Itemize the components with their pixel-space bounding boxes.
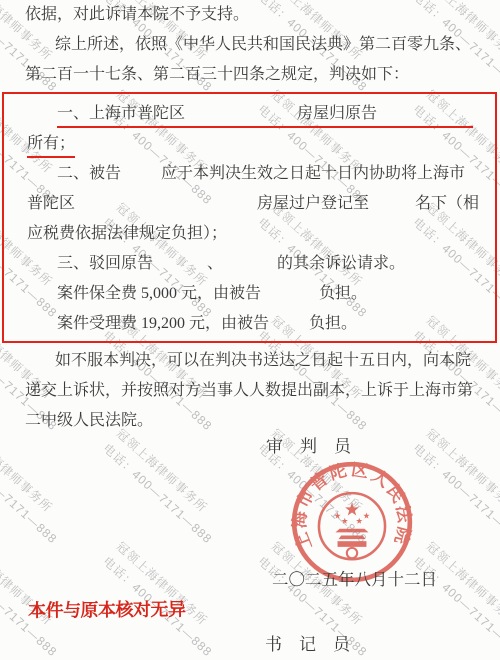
watermark-tile: 冠领上海律师事务所电话：400—7171—888 <box>408 424 500 549</box>
redacted-gap <box>369 207 415 208</box>
judgment-item-3-text: 、 <box>207 255 223 272</box>
redacted-gap <box>269 327 309 328</box>
redacted-gap <box>261 297 319 298</box>
text-line: 第二百一十七条、第二百三十四条之规定，判决如下： <box>25 60 497 90</box>
judgment-item-2-text: 房屋过户登记至 <box>257 195 369 212</box>
watermark-tile: 冠领上海律师事务所电话：400—7171—888 <box>98 424 230 549</box>
clerk-signature-label: 书 记 员 <box>265 630 350 655</box>
fee-text: 案件保全费 5,000 元，由被告 <box>57 285 261 302</box>
text-line: 综上所述，依照《中华人民共和国民法典》第二百零九条、 <box>25 30 497 60</box>
fee-preservation-line: 案件保全费 5,000 元，由被告负担。 <box>27 279 491 309</box>
judgment-item-3-text: 三、驳回原告 <box>57 255 153 272</box>
judgment-item-2-text: 应于本判决生效之日起十日内协助将上海市 <box>161 165 465 182</box>
judge-signature-label: 审 判 员 <box>266 432 351 457</box>
judgment-document-page: 冠领上海律师事务所电话：400—7171—888冠领上海律师事务所电话：400—… <box>0 0 500 660</box>
judgment-item-1-text: 一、上海市普陀区 <box>57 105 185 122</box>
judgment-item-1: 一、上海市普陀区房屋归原告 <box>27 99 491 129</box>
appeal-line: 如不服本判决，可以在判决书送达之日起十五日内，向本院 <box>25 346 497 376</box>
judgment-item-2-text: 二、被告 <box>57 165 121 182</box>
judgment-date: 二〇二五年八月十二日 <box>272 566 437 590</box>
redacted-gap <box>153 267 207 268</box>
appeal-line: 递交上诉状，并按照对方当事人人数提出副本，上诉于上海市第 <box>25 376 497 406</box>
fee-text: 负担。 <box>319 285 367 302</box>
judgment-item-2-text: 普陀区 <box>27 195 75 212</box>
judgment-item-1-text: 所有； <box>27 135 75 158</box>
national-emblem-icon <box>319 493 385 559</box>
judgment-item-1-text: 房屋归原告 <box>297 105 377 122</box>
redacted-gap <box>377 117 473 118</box>
watermark-tile: 冠领上海律师事务所电话：400—7171—888 <box>0 424 75 549</box>
watermark-tile: 冠领上海律师事务所电话：400—7171—888 <box>408 537 500 660</box>
judgment-item-2: 二、被告应于本判决生效之日起十日内协助将上海市 <box>27 159 491 189</box>
judgment-highlight-box: 一、上海市普陀区房屋归原告 所有； 二、被告应于本判决生效之日起十日内协助将上海… <box>2 92 497 343</box>
judgment-item-2-continued: 普陀区房屋过户登记至名下（相 <box>27 189 491 219</box>
fee-acceptance-line: 案件受理费 19,200 元，由被告负担。 <box>27 309 491 339</box>
court-seal: 上海市普陀区人民法院 <box>290 458 414 582</box>
judgment-item-3: 三、驳回原告、的其余诉讼请求。 <box>27 249 491 279</box>
redacted-gap <box>185 117 297 118</box>
text-line: 依据，对此诉请本院不予支持。 <box>25 0 497 30</box>
redacted-gap <box>223 267 277 268</box>
redacted-gap <box>75 207 257 208</box>
redacted-gap <box>121 177 161 178</box>
judgment-item-2-text: 应税费依据法律规定负担）； <box>27 225 227 242</box>
fee-text: 负担。 <box>309 315 357 332</box>
judgment-item-1-continued: 所有； <box>27 129 491 159</box>
judgment-item-2-text: 名下（相 <box>415 195 479 212</box>
seal-graphics: 上海市普陀区人民法院 <box>290 459 414 580</box>
verification-stamp-text: 本件与原本核对无异 <box>28 595 186 622</box>
fee-text: 案件受理费 19,200 元，由被告 <box>57 315 269 332</box>
appeal-line: 二中级人民法院。 <box>25 406 497 436</box>
judgment-item-2-continued: 应税费依据法律规定负担）； <box>27 219 491 249</box>
judgment-item-3-text: 的其余诉讼请求。 <box>277 255 405 272</box>
document-content: 依据，对此诉请本院不予支持。 综上所述，依照《中华人民共和国民法典》第二百零九条… <box>25 0 497 436</box>
